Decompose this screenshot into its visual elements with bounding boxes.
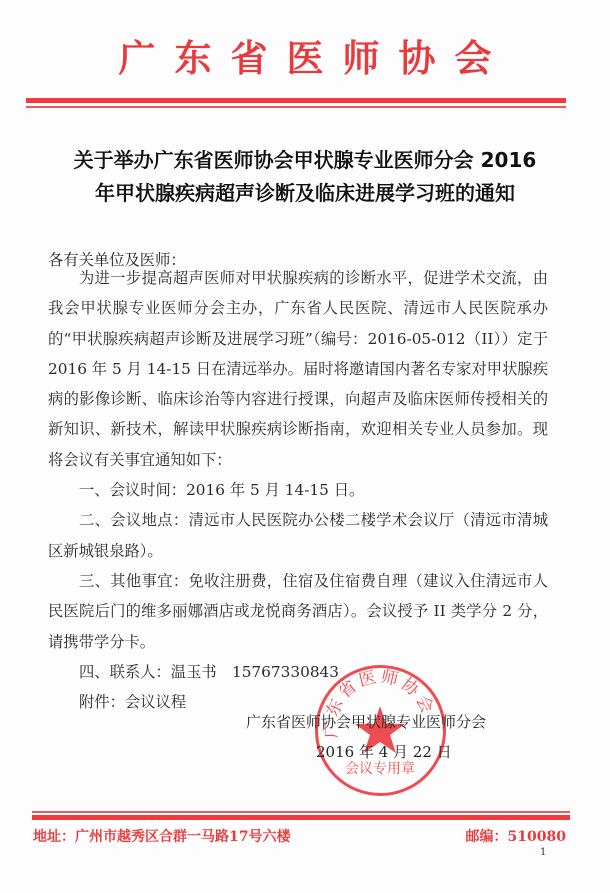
item-contact: 四、联系人：温玉书 15767330843 (48, 657, 548, 687)
footer-rule-thin (32, 811, 570, 813)
signature-org: 广东省医师协会甲状腺专业医师分会 (246, 707, 486, 737)
signature-date: 2016 年 4 月 22 日 (246, 737, 486, 767)
item-time: 一、会议时间：2016 年 5 月 14-15 日。 (48, 475, 548, 505)
intro-paragraph: 为进一步提高超声医师对甲状腺疾病的诊断水平，促进学术交流，由我会甲状腺专业医师分… (48, 263, 548, 475)
notice-title: 关于举办广东省医师协会甲状腺专业医师分会 2016 年甲状腺疾病超声诊断及临床进… (0, 144, 610, 210)
header-rule-thick (26, 98, 566, 103)
footer-zip: 邮编：510080 (466, 826, 566, 846)
item-location: 二、会议地点：清远市人民医院办公楼二楼学术会议厅（清远市清城区新城银泉路）。 (48, 505, 548, 566)
title-line-2: 年甲状腺疾病超声诊断及临床进展学习班的通知 (0, 177, 610, 210)
signature-block: 广东省医师协会甲状腺专业医师分会 2016 年 4 月 22 日 (246, 707, 486, 767)
notice-body: 为进一步提高超声医师对甲状腺疾病的诊断水平，促进学术交流，由我会甲状腺专业医师分… (48, 263, 548, 717)
title-line-1: 关于举办广东省医师协会甲状腺专业医师分会 2016 (0, 144, 610, 177)
letterhead-org-name: 广东省医师协会 (0, 28, 610, 82)
footer-rule-thick (32, 815, 570, 820)
page-number: 1 (540, 847, 546, 858)
header-rule-thin (26, 106, 566, 108)
footer-address: 地址：广州市越秀区合群一马路17号六楼 (33, 826, 290, 846)
item-other: 三、其他事宜：免收注册费，住宿及住宿费自理（建议入住清远市人民医院后门的维多丽娜… (48, 566, 548, 657)
